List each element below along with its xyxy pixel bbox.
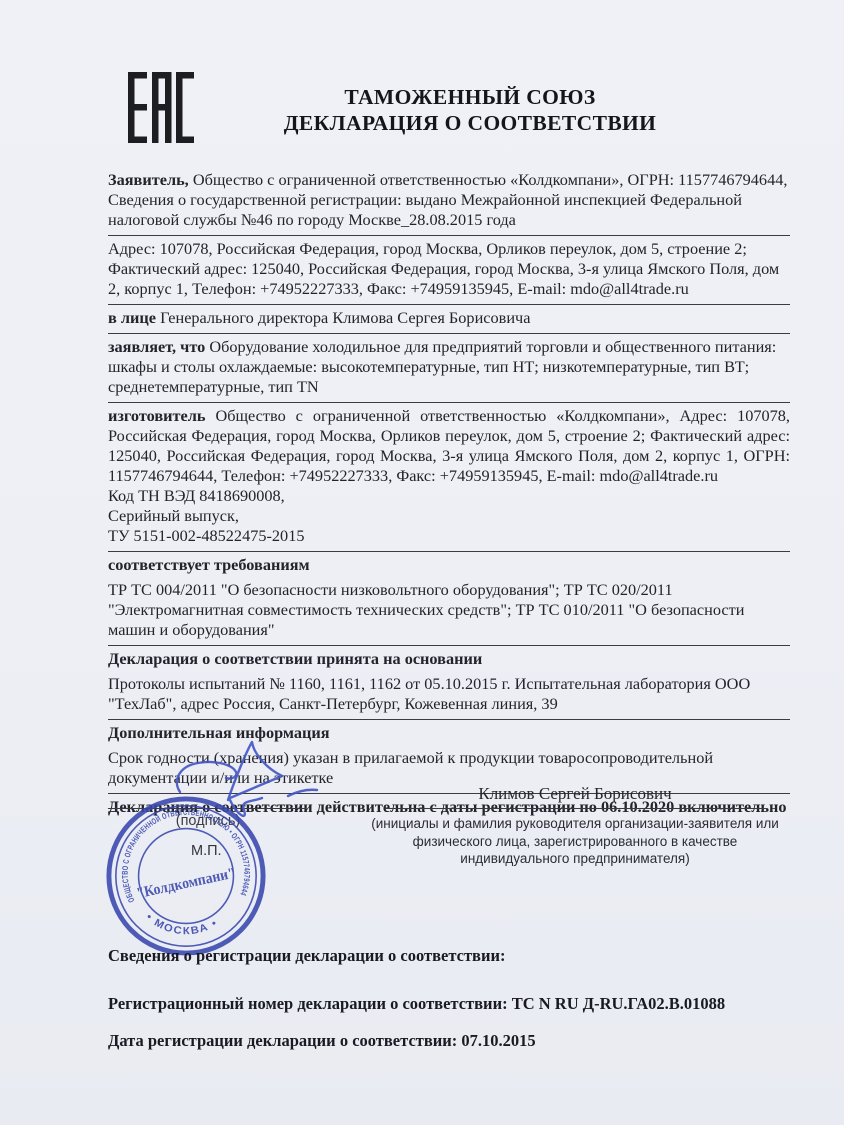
declares-text: Оборудование холодильное для предприятий… <box>108 337 776 396</box>
registration-info-heading: Сведения о регистрации декларации о соот… <box>108 946 798 966</box>
manufacturer-text: Общество с ограниченной ответственностью… <box>108 406 790 485</box>
registration-date-line: Дата регистрации декларации о соответств… <box>108 1031 798 1051</box>
applicant-section: Заявитель, Общество с ограниченной ответ… <box>108 167 790 236</box>
in-person-section: в лице Генерального директора Климова Се… <box>108 305 790 334</box>
applicant-label: Заявитель, <box>108 170 189 189</box>
eac-logo-icon <box>128 72 194 143</box>
stamp-city-text: • МОСКВА • <box>144 912 221 937</box>
compliance-text: ТР ТС 004/2011 "О безопасности низковоль… <box>108 580 790 640</box>
registration-number-line: Регистрационный номер декларации о соотв… <box>108 994 798 1014</box>
in-person-label: в лице <box>108 308 156 327</box>
in-person-text: Генерального директора Климова Сергея Бо… <box>160 308 530 327</box>
basis-heading: Декларация о соответствии принята на осн… <box>108 649 790 669</box>
basis-section: Декларация о соответствии принята на осн… <box>108 646 790 720</box>
declaration-document: ТАМОЖЕННЫЙ СОЮЗ ДЕКЛАРАЦИЯ О СООТВЕТСТВИ… <box>0 0 844 1125</box>
stamp-center-text: "Колдкомпани" <box>135 865 237 903</box>
handwritten-signature <box>170 730 350 840</box>
svg-text:• МОСКВА •: • МОСКВА • <box>144 912 221 937</box>
applicant-text: Общество с ограниченной ответственностью… <box>108 170 787 229</box>
manufacturer-section: изготовитель Общество с ограниченной отв… <box>108 403 790 552</box>
declares-label: заявляет, что <box>108 337 205 356</box>
head-name: Климов Сергей Борисович <box>385 784 765 804</box>
address-text: Адрес: 107078, Российская Федерация, гор… <box>108 239 779 298</box>
compliance-heading: соответствует требованиям <box>108 555 790 575</box>
serial-issue-line: Серийный выпуск, <box>108 506 790 526</box>
manufacturer-paragraph: изготовитель Общество с ограниченной отв… <box>108 406 790 486</box>
tu-number-line: ТУ 5151-002-48522475-2015 <box>108 526 790 546</box>
manufacturer-label: изготовитель <box>108 406 206 425</box>
document-title: ТАМОЖЕННЫЙ СОЮЗ ДЕКЛАРАЦИЯ О СООТВЕТСТВИ… <box>240 84 700 136</box>
compliance-section: соответствует требованиям ТР ТС 004/2011… <box>108 552 790 646</box>
declares-section: заявляет, что Оборудование холодильное д… <box>108 334 790 403</box>
head-name-line <box>385 808 765 809</box>
title-line-2: ДЕКЛАРАЦИЯ О СООТВЕТСТВИИ <box>240 110 700 136</box>
basis-text: Протоколы испытаний № 1160, 1161, 1162 о… <box>108 674 790 714</box>
title-line-1: ТАМОЖЕННЫЙ СОЮЗ <box>240 84 700 110</box>
address-section: Адрес: 107078, Российская Федерация, гор… <box>108 236 790 305</box>
tn-ved-code-line: Код ТН ВЭД 8418690008, <box>108 486 790 506</box>
declaration-body: Заявитель, Общество с ограниченной ответ… <box>108 167 790 822</box>
head-name-caption: (инициалы и фамилия руководителя организ… <box>368 815 782 868</box>
